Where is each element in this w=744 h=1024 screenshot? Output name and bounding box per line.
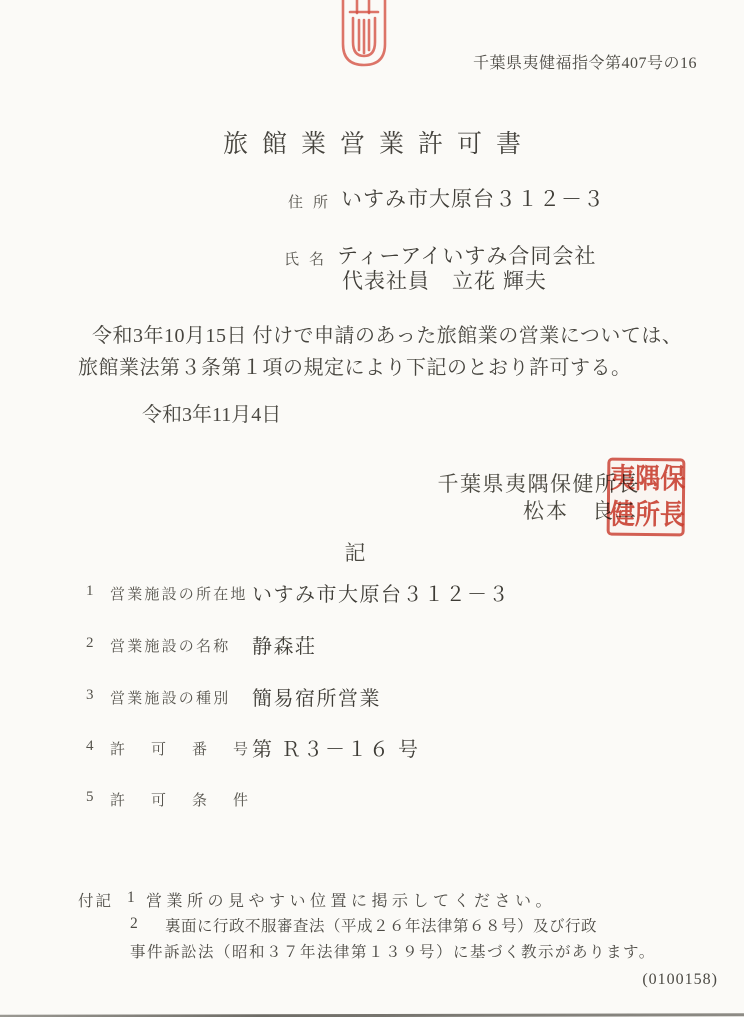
representative-name: 代表社員 立花 輝夫 [342,265,547,295]
issue-date: 令和3年11月4日 [142,398,281,427]
license-document-page: 千葉県夷健福指令第407号の16 旅館業営業許可書 住所 いすみ市大原台３１２－… [0,0,744,1024]
statement-line-2: 旅館業法第３条第１項の規定により下記のとおり許可する。 [78,351,632,380]
note-1-number: 1 [127,889,135,907]
tally-stamp-icon [338,0,390,70]
record-heading: 記 [0,537,728,567]
item-value: いすみ市大原台３１２－３ [252,578,510,607]
seal-char: 所 [635,501,660,529]
record-item-location: 1 営業施設の所在地 いすみ市大原台３１２－３ [0,578,744,608]
note-2-number: 2 [130,915,138,933]
seal-char: 隅 [635,465,660,493]
form-code: (0100158) [642,971,718,989]
item-number: 5 [86,789,94,806]
seal-char: 健 [610,501,635,529]
name-label: 氏名 [284,248,334,269]
item-value: 簡易宿所営業 [252,682,381,711]
notes-label: 付記 [78,889,113,911]
item-value: 静森荘 [252,630,317,659]
scan-bottom-margin [0,1017,744,1024]
document-number: 千葉県夷健福指令第407号の16 [473,50,697,73]
item-number: 2 [86,635,94,652]
statement-line-1: 令和3年10月15日 付けで申請のあった旅館業の営業については、 [92,319,682,348]
record-item-facility-type: 3 営業施設の種別 簡易宿所営業 [0,682,744,712]
address-label: 住所 [288,191,338,212]
item-label: 営業施設の種別 [110,687,230,708]
note-1-text: 営業所の見やすい位置に掲示してください。 [146,888,556,911]
item-number: 4 [86,738,94,755]
note-2-text: 裏面に行政不服審査法（平成２６年法律第６８号）及び行政 [165,914,597,936]
item-label: 許可条件 [110,789,274,810]
official-seal-stamp-icon: 夷 隅 保 健 所 長 [607,458,686,537]
address-value: いすみ市大原台３１２－３ [341,183,605,213]
item-label: 営業施設の所在地 [110,583,248,604]
item-label: 許可番号 [110,738,274,759]
note-2-text-continued: 事件訴訟法（昭和３７年法律第１３９号）に基づく教示があります。 [130,940,656,962]
item-number: 3 [86,687,94,704]
item-label: 営業施設の名称 [110,635,230,656]
item-value: 第 Ｒ３－１６ 号 [252,733,420,762]
seal-char: 保 [660,465,685,493]
record-item-permit-number: 4 許可番号 第 Ｒ３－１６ 号 [0,733,744,763]
seal-char: 長 [660,501,685,529]
document-title: 旅館業営業許可書 [0,124,744,160]
record-item-facility-name: 2 営業施設の名称 静森荘 [0,630,744,660]
record-item-permit-conditions: 5 許可条件 [0,784,744,814]
item-number: 1 [86,583,94,600]
seal-char: 夷 [610,465,635,493]
